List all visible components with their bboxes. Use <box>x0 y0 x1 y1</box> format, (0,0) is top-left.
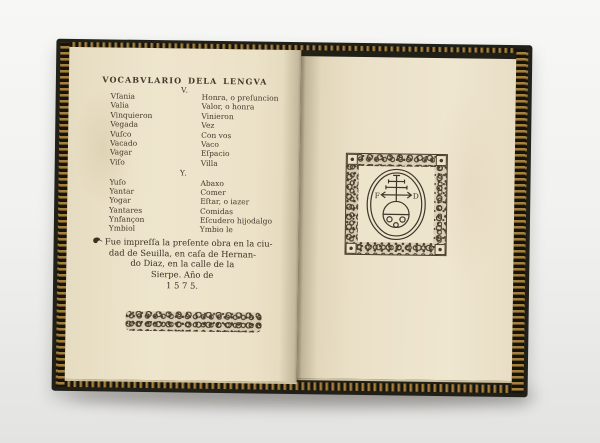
old-word: Vagar <box>110 148 132 158</box>
frame-corner-icon <box>347 154 358 165</box>
frame-corner-icon <box>346 243 357 254</box>
gloss-word: Con vos <box>201 130 231 140</box>
gloss-word: Vaco <box>201 140 219 150</box>
page-spread: VOCABVLARIO DELA LENGVA V. Vſania Honra,… <box>65 47 517 385</box>
frame-corner-icon <box>436 155 447 166</box>
gloss-word: Vez <box>201 121 214 131</box>
left-page: VOCABVLARIO DELA LENGVA V. Vſania Honra,… <box>65 47 302 384</box>
old-word: Ymbiol <box>109 224 135 234</box>
printer-initial-left: F <box>375 191 380 200</box>
gloss-word: Vinieron <box>201 112 233 122</box>
vocab-list-v: Vſania Honra, o preſuncion Valia Valor, … <box>68 91 301 169</box>
printer-device-oval-panel: F D <box>358 166 435 243</box>
printer-initial-right: D <box>413 192 419 201</box>
old-word: Vegada <box>110 120 138 130</box>
colophon: Fue impreſſa la preſente obra en la ciu-… <box>76 236 289 292</box>
old-word: Yogar <box>109 196 131 206</box>
arabesque-ornament-band <box>125 311 261 333</box>
printer-device: F D <box>344 153 447 256</box>
frame-corner-icon <box>434 244 445 255</box>
open-book: VOCABVLARIO DELA LENGVA V. Vſania Honra,… <box>52 39 533 398</box>
colophon-year: 1 5 7 5. <box>76 279 288 293</box>
gloss-word: Abaxo <box>200 178 224 188</box>
old-word: Yantar <box>109 186 134 196</box>
old-word: Yuſo <box>109 177 126 187</box>
vocab-row: Ymbiol Ymbio le <box>67 223 299 236</box>
old-word: Yantares <box>109 205 142 215</box>
right-page: F D <box>297 56 517 383</box>
old-word: Viſo <box>110 157 125 167</box>
old-word: Ynfançon <box>109 215 145 225</box>
old-word: Vacado <box>110 138 137 148</box>
gloss-word: Ymbio le <box>200 225 233 235</box>
fleuron-leaf-icon <box>93 236 103 245</box>
old-word: Valia <box>110 101 129 111</box>
orb-and-cross-mark-icon: F D <box>358 166 435 243</box>
gloss-word: Comidas <box>200 206 233 216</box>
photo-background: VOCABVLARIO DELA LENGVA V. Vſania Honra,… <box>0 0 600 443</box>
gloss-word: Eſpacio <box>201 149 230 159</box>
gloss-word: Villa <box>201 158 218 168</box>
old-word: Vſania <box>111 91 136 101</box>
vocab-list-y: Yuſo Abaxo Yantar Comer Yogar Eſtar, o i… <box>67 176 300 236</box>
gloss-word: Comer <box>200 188 226 198</box>
old-word: Vuſco <box>110 129 131 139</box>
